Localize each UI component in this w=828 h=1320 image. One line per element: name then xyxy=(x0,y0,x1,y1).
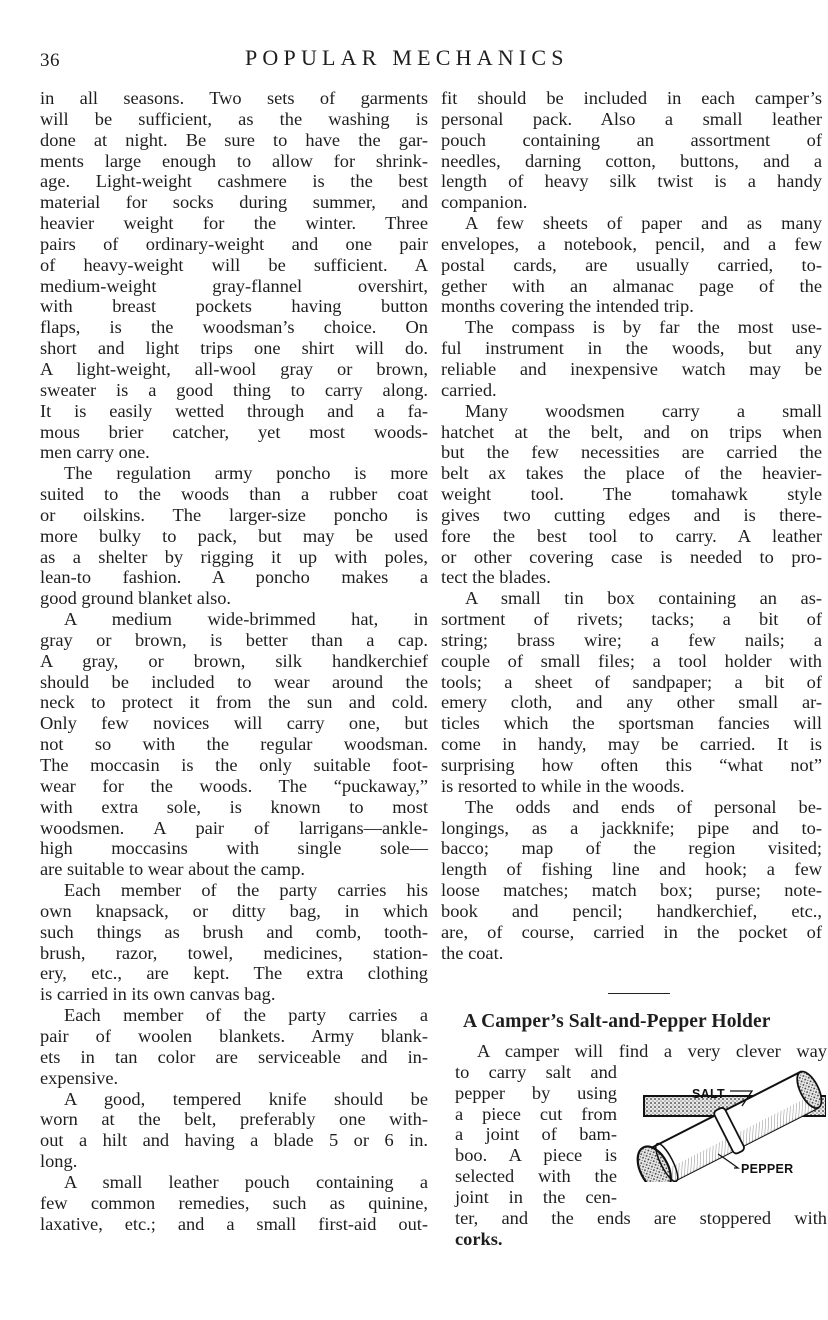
text-line: out a hilt and having a blade 5 or 6 in. xyxy=(40,1130,428,1151)
paragraph-start: A few sheets of paper and as many xyxy=(441,213,822,234)
text-line: needles, darning cotton, buttons, and a xyxy=(441,151,822,172)
text-line: long. xyxy=(40,1151,428,1172)
text-line: sweater is a good thing to carry along. xyxy=(40,380,428,401)
paragraph-start: Each member of the party carries a xyxy=(40,1005,428,1026)
text-line: as a shelter by rigging it up with poles… xyxy=(40,547,428,568)
text-line: flaps, is the woodsman’s choice. On xyxy=(40,317,428,338)
text-line: ments large enough to allow for shrink- xyxy=(40,151,428,172)
salt-label: SALT xyxy=(692,1087,725,1101)
text-line: suited to the woods than a rubber coat xyxy=(40,484,428,505)
text-line: tools; a sheet of sandpaper; a bit of xyxy=(441,672,822,693)
salt-pepper-holder-illustration: SALT PEPPER xyxy=(634,1058,826,1182)
text-line: should be included to wear around the xyxy=(40,672,428,693)
text-line: loose matches; match box; purse; note- xyxy=(441,880,822,901)
text-line: worn at the belt, preferably one with- xyxy=(40,1109,428,1130)
text-line: carried. xyxy=(441,380,822,401)
text-line: fore the best tool to carry. A leather xyxy=(441,526,822,547)
text-line: selected with the xyxy=(455,1166,617,1187)
text-line: ery, etc., are kept. The extra clothing xyxy=(40,963,428,984)
text-line: A gray, or brown, silk handkerchief xyxy=(40,651,428,672)
text-line: companion. xyxy=(441,192,822,213)
text-line: surprising how often this “what not” xyxy=(441,755,822,776)
text-line: expensive. xyxy=(40,1068,428,1089)
pepper-label: PEPPER xyxy=(741,1162,794,1176)
text-line: Only few novices will carry one, but xyxy=(40,713,428,734)
text-line: boo. A piece is xyxy=(455,1145,617,1166)
paragraph-start: The compass is by far the most use- xyxy=(441,317,822,338)
text-line: a joint of bam- xyxy=(455,1124,617,1145)
running-head: POPULAR MECHANICS xyxy=(245,45,569,71)
text-line: longings, as a jackknife; pipe and to- xyxy=(441,818,822,839)
text-line: ticles which the sportsman fancies will xyxy=(441,713,822,734)
text-line: is carried in its own canvas bag. xyxy=(40,984,428,1005)
text-line: envelopes, a notebook, pencil, and a few xyxy=(441,234,822,255)
text-line: pouch containing an assortment of xyxy=(441,130,822,151)
text-line: medium-weight gray-flannel overshirt, xyxy=(40,276,428,297)
text-line: ter, and the ends are stoppered with xyxy=(455,1208,827,1229)
text-line: will be sufficient, as the washing is xyxy=(40,109,428,130)
text-line: lean-to fashion. A poncho makes a xyxy=(40,567,428,588)
paragraph-start: The regulation army poncho is more xyxy=(40,463,428,484)
text-line: are suitable to wear about the camp. xyxy=(40,859,428,880)
paragraph-start: A good, tempered knife should be xyxy=(40,1089,428,1110)
text-line: reliable and inexpensive watch may be xyxy=(441,359,822,380)
section-divider xyxy=(608,993,670,994)
text-line: high moccasins with single sole— xyxy=(40,838,428,859)
text-line: short and light trips one shirt will do. xyxy=(40,338,428,359)
text-line: in all seasons. Two sets of garments xyxy=(40,88,428,109)
right-column: fit should be included in each camper’s … xyxy=(441,88,822,963)
text-line: It is easily wetted through and a fa- xyxy=(40,401,428,422)
paragraph-start: Many woodsmen carry a small xyxy=(441,401,822,422)
text-line: laxative, etc.; and a small first-aid ou… xyxy=(40,1214,428,1235)
text-line: gether with an almanac page of the xyxy=(441,276,822,297)
text-line: pepper by using xyxy=(455,1083,617,1104)
text-line: wear for the woods. The “puckaway,” xyxy=(40,776,428,797)
paragraph-start: A small leather pouch containing a xyxy=(40,1172,428,1193)
text-line: fit should be included in each camper’s xyxy=(441,88,822,109)
text-line: gives two cutting edges and is there- xyxy=(441,505,822,526)
text-line: length of heavy silk twist is a handy xyxy=(441,171,822,192)
text-line: ets in tan color are serviceable and in- xyxy=(40,1047,428,1068)
text-line: A light-weight, all-wool gray or brown, xyxy=(40,359,428,380)
text-line: pairs of ordinary-weight and one pair xyxy=(40,234,428,255)
text-line: gray or brown, is better than a cap. xyxy=(40,630,428,651)
text-line: good ground blanket also. xyxy=(40,588,428,609)
article-headline: A Camper’s Salt-and-Pepper Holder xyxy=(463,1011,771,1033)
text-line: the coat. xyxy=(441,943,822,964)
text-line: few common remedies, such as quinine, xyxy=(40,1193,428,1214)
text-line: brush, razor, towel, medicines, station- xyxy=(40,943,428,964)
text-line: mous brier catcher, yet most woods- xyxy=(40,422,428,443)
paragraph-start: A small tin box containing an as- xyxy=(441,588,822,609)
text-line: but the few necessities are carried the xyxy=(441,442,822,463)
text-line: come in handy, may be carried. It is xyxy=(441,734,822,755)
text-line: The moccasin is the only suitable foot- xyxy=(40,755,428,776)
text-line: emery cloth, and any other small ar- xyxy=(441,692,822,713)
text-line: own knapsack, or ditty bag, in which xyxy=(40,901,428,922)
text-line: a piece cut from xyxy=(455,1104,617,1125)
text-line: neck to protect it from the sun and cold… xyxy=(40,692,428,713)
text-line: sortment of rivets; tacks; a bit of xyxy=(441,609,822,630)
text-line: ful instrument in the woods, but any xyxy=(441,338,822,359)
text-line: to carry salt and xyxy=(455,1062,617,1083)
text-line: with breast pockets having button xyxy=(40,296,428,317)
text-line: are, of course, carried in the pocket of xyxy=(441,922,822,943)
text-line: of heavy-weight will be sufficient. A xyxy=(40,255,428,276)
text-line: age. Light-weight cashmere is the best xyxy=(40,171,428,192)
text-line: bacco; map of the region visited; xyxy=(441,838,822,859)
text-line: such things as brush and comb, tooth- xyxy=(40,922,428,943)
text-line: belt ax takes the place of the heavier- xyxy=(441,463,822,484)
text-line: postal cards, are usually carried, to- xyxy=(441,255,822,276)
text-line: hatchet at the belt, and on trips when xyxy=(441,422,822,443)
text-line: tect the blades. xyxy=(441,567,822,588)
text-line: months covering the intended trip. xyxy=(441,296,822,317)
bamboo-holder-icon xyxy=(634,1058,826,1182)
text-line: not so with the regular woodsman. xyxy=(40,734,428,755)
text-line: done at night. Be sure to have the gar- xyxy=(40,130,428,151)
text-line: more bulky to pack, but may be used xyxy=(40,526,428,547)
text-line: string; brass wire; a few nails; a xyxy=(441,630,822,651)
text-line: couple of small files; a tool holder wit… xyxy=(441,651,822,672)
text-line: personal pack. Also a small leather xyxy=(441,109,822,130)
text-line: heavier weight for the winter. Three xyxy=(40,213,428,234)
text-line: joint in the cen- xyxy=(455,1187,617,1208)
text-line: or oilskins. The larger-size poncho is xyxy=(40,505,428,526)
paragraph-start: Each member of the party carries his xyxy=(40,880,428,901)
paragraph-start: A medium wide-brimmed hat, in xyxy=(40,609,428,630)
text-line: or other covering case is needed to pro- xyxy=(441,547,822,568)
text-line: length of fishing line and hook; a few xyxy=(441,859,822,880)
text-line: is resorted to while in the woods. xyxy=(441,776,822,797)
text-line: book and pencil; handkerchief, etc., xyxy=(441,901,822,922)
text-line: material for socks during summer, and xyxy=(40,192,428,213)
text-line: men carry one. xyxy=(40,442,428,463)
text-line: weight tool. The tomahawk style xyxy=(441,484,822,505)
text-line: with extra sole, is known to most xyxy=(40,797,428,818)
text-line: pair of woolen blankets. Army blank- xyxy=(40,1026,428,1047)
paragraph-start: The odds and ends of personal be- xyxy=(441,797,822,818)
text-line: woodsmen. A pair of larrigans—ankle- xyxy=(40,818,428,839)
page-number: 36 xyxy=(40,50,60,72)
text-line: corks. xyxy=(455,1229,827,1250)
left-column: in all seasons. Two sets of garments wil… xyxy=(40,88,428,1234)
